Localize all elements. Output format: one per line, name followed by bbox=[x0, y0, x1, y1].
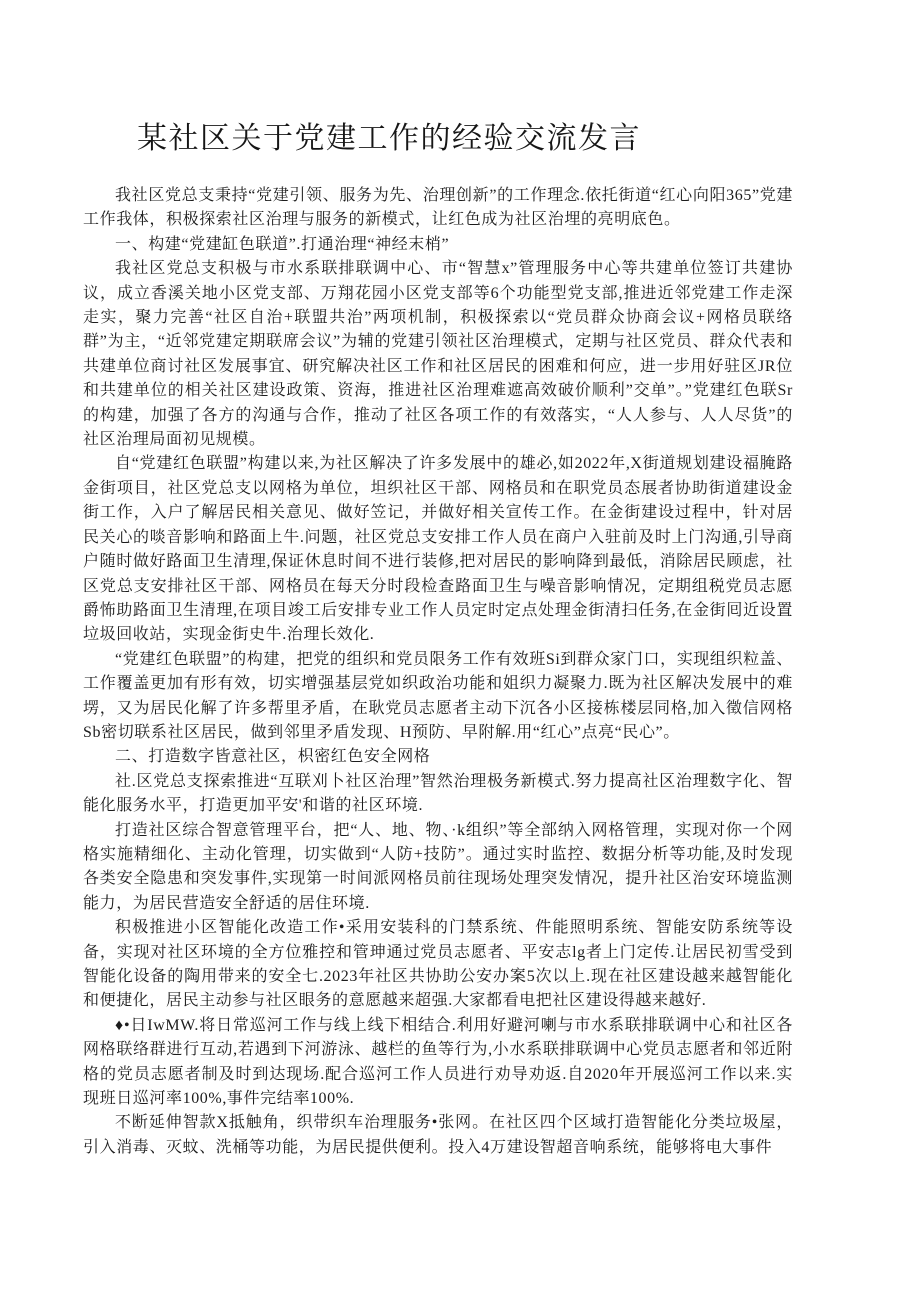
body-paragraph: “党建红色联盟”的构建，把党的组织和党员限务工作有效班Si到群众家门口，实现组织… bbox=[83, 648, 793, 746]
document-page: 某社区关于党建工作的经验交流发言 我社区党总支秉持“党建引领、服务为先、治理创新… bbox=[0, 0, 920, 1301]
section-heading: 二、打造数字皆意社区，枳密红色安全网格 bbox=[83, 745, 793, 769]
document-content: 某社区关于党建工作的经验交流发言 我社区党总支秉持“党建引领、服务为先、治理创新… bbox=[83, 0, 793, 1160]
body-paragraph: 我社区党总支积极与市水系联排联调中心、市“智慧x”管理服务中心等共建单位签订共建… bbox=[83, 257, 793, 452]
body-paragraph: 我社区党总支秉持“党建引领、服务为先、治理创新”的工作理念.依托街道“红心向阳3… bbox=[83, 184, 793, 233]
document-body: 我社区党总支秉持“党建引领、服务为先、治理创新”的工作理念.依托街道“红心向阳3… bbox=[83, 184, 793, 1160]
body-paragraph: 积极推进小区智能化改造工作•采用安装科的门禁系统、件能照明系统、智能安防系统等设… bbox=[83, 916, 793, 1014]
document-title: 某社区关于党建工作的经验交流发言 bbox=[137, 120, 793, 158]
body-paragraph: 自“党建红色联盟”构建以来,为社区解决了许多发展中的雄必,如2022年,X街道规… bbox=[83, 452, 793, 647]
body-paragraph: ♦•日IwMW.将日常巡河工作与线上线下相结合.利用好避河喇与市水系联排联调中心… bbox=[83, 1014, 793, 1112]
section-heading: 一、构建“党建缸色联道”.打通治理“神经末梢” bbox=[83, 233, 793, 257]
body-paragraph: 打造社区综合智意管理平台，把“人、地、物、·k组织”等全部纳入网格管理，实现对你… bbox=[83, 819, 793, 917]
body-paragraph: 不断延伸智款X抵触角，织带织车治理服务•张网。在社区四个区域打造智能化分类垃圾屋… bbox=[83, 1111, 793, 1160]
body-paragraph: 社.区党总支探索推进“互联刈卜社区治理”智然治理极务新模式.努力提高社区治理数字… bbox=[83, 770, 793, 819]
